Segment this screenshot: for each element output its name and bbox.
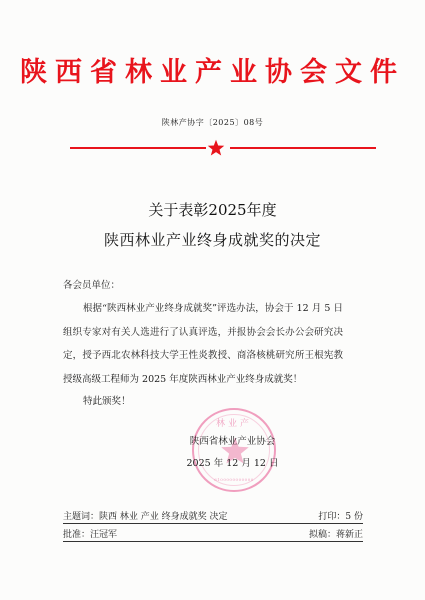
footer-approval-row: 批准：汪冠军 拟稿：蒋新正: [63, 528, 363, 542]
approved-by: 批准：汪冠军: [63, 529, 117, 541]
doc-title-line1: 关于表彰2025年度: [0, 199, 425, 220]
doc-title-line2: 陕西林业产业终身成就奖的决定: [0, 229, 425, 250]
seal-inner-ring: [198, 414, 270, 486]
keywords: 主题词：陕西 林业 产业 终身成就奖 决定: [63, 511, 227, 523]
red-rule-left: [70, 147, 206, 149]
document-page: 陕西省林业产业协会文件 陕林产协字〔2025〕08号 关于表彰2025年度 陕西…: [0, 0, 425, 600]
signature-date: 2025 年 12 月 12 日: [0, 455, 425, 469]
seal-code: 6100000000000: [194, 477, 274, 482]
footer-keywords-row: 主题词：陕西 林业 产业 终身成就奖 决定 打印：5 份: [63, 510, 363, 524]
closing-line: 特此颁奖！: [83, 393, 383, 407]
drafted-by: 拟稿：蒋新正: [309, 529, 363, 541]
red-rule-right: [230, 147, 376, 149]
salutation: 各会员单位：: [63, 277, 363, 291]
signature-organization: 陕西省林业产业协会: [0, 433, 425, 447]
body-paragraph: 根据“陕西林业产业终身成就奖”评选办法，协会于 12 月 5 日组织专家对有关人…: [63, 297, 343, 391]
org-title: 陕西省林业产业协会文件: [0, 56, 425, 90]
official-seal: 林业产 6100000000000: [192, 408, 276, 492]
seal-arc-text: 林业产: [194, 416, 274, 429]
doc-number: 陕林产协字〔2025〕08号: [0, 117, 425, 128]
print-copies: 打印：5 份: [318, 511, 363, 523]
red-star-icon: [207, 139, 225, 157]
